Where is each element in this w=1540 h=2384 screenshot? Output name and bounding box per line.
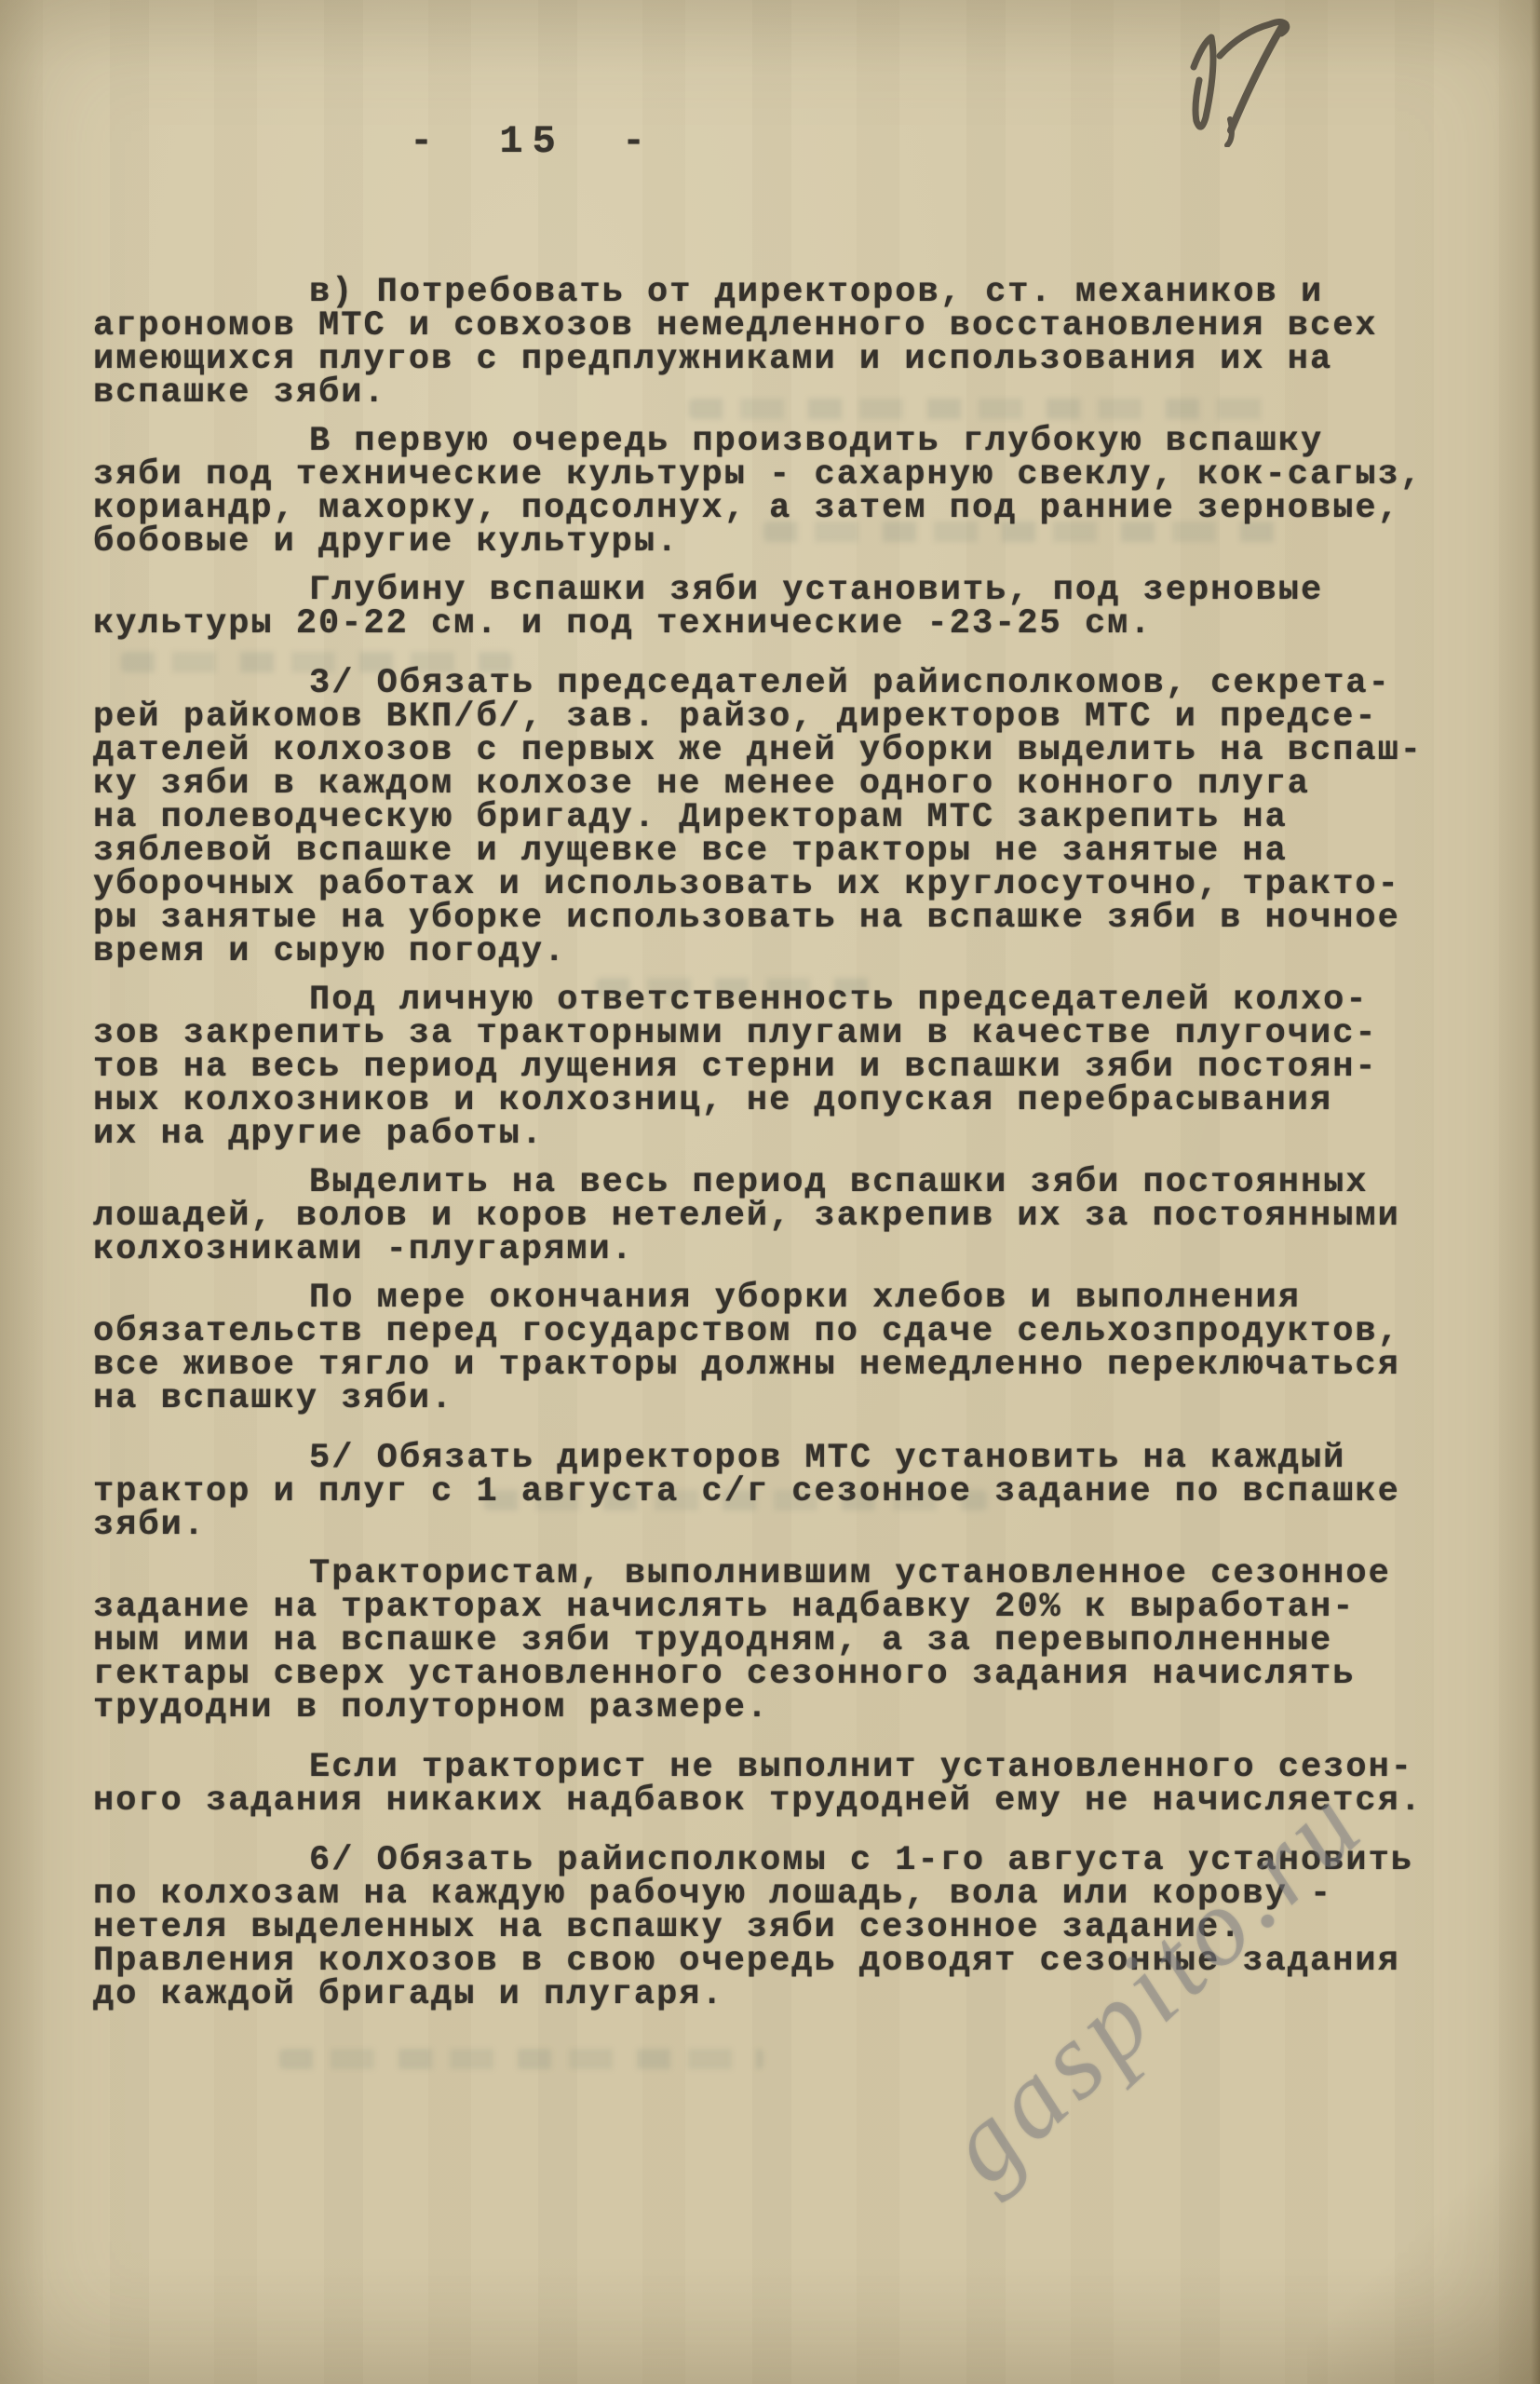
bleedthrough-artifact (279, 2049, 763, 2069)
text-line: вспашке зяби. (93, 376, 1493, 410)
text-line: рей райкомов ВКП/б/, зав. райзо, директо… (93, 700, 1493, 734)
text-line: трактор и плуг с 1 августа с/г сезонное … (93, 1475, 1493, 1509)
text-line: на полеводческую бригаду. Директорам МТС… (93, 801, 1493, 834)
text-line: зяби. (93, 1509, 1493, 1542)
text-line: ку зяби в каждом колхозе не менее одного… (93, 767, 1493, 801)
text-line: задание на тракторах начислять надбавку … (93, 1591, 1493, 1624)
text-line: Выделить на весь период вспашки зяби пос… (93, 1166, 1493, 1199)
paragraph: В первую очередь производить глубокую вс… (93, 425, 1493, 559)
text-line: Под личную ответственность председателей… (93, 983, 1493, 1017)
text-line: время и сырую погоду. (93, 935, 1493, 968)
text-line: ры занятые на уборке использовать на всп… (93, 901, 1493, 935)
text-line: дателей колхозов с первых же дней уборки… (93, 734, 1493, 767)
text-line: все живое тягло и тракторы должны немедл… (93, 1348, 1493, 1382)
page-number: - 15 - (410, 119, 655, 164)
paragraph: Глубину вспашки зяби установить, под зер… (93, 574, 1493, 641)
paragraph: Трактористам, выполнившим установленное … (93, 1557, 1493, 1725)
text-line: ным ими на вспашке зяби трудодням, а за … (93, 1624, 1493, 1658)
text-line: в) Потребовать от директоров, ст. механи… (93, 276, 1493, 309)
text-line: Глубину вспашки зяби установить, под зер… (93, 574, 1493, 607)
page-corner-shadow (1307, 2114, 1540, 2384)
text-line: до каждой бригады и плугаря. (93, 1978, 1493, 2011)
paragraph: Под личную ответственность председателей… (93, 983, 1493, 1151)
text-line: Трактористам, выполнившим установленное … (93, 1557, 1493, 1591)
text-line: По мере окончания уборки хлебов и выполн… (93, 1281, 1493, 1315)
text-line: колхозниками -плугарями. (93, 1233, 1493, 1266)
paragraph: Выделить на весь период вспашки зяби пос… (93, 1166, 1493, 1266)
text-line: зяби под технические культуры - сахарную… (93, 458, 1493, 492)
text-line: обязательств перед государством по сдаче… (93, 1315, 1493, 1348)
text-line: зяблевой вспашке и лущевке все тракторы … (93, 834, 1493, 868)
text-line: имеющихся плугов с предплужниками и испо… (93, 343, 1493, 376)
text-line: гектары сверх установленного сезонного з… (93, 1658, 1493, 1691)
text-line: тов на весь период лущения стерни и вспа… (93, 1050, 1493, 1084)
text-line: кориандр, махорку, подсолнух, а затем по… (93, 492, 1493, 525)
paragraph: По мере окончания уборки хлебов и выполн… (93, 1281, 1493, 1415)
text-line: бобовые и другие культуры. (93, 525, 1493, 559)
text-line: культуры 20-22 см. и под технические -23… (93, 607, 1493, 641)
handwritten-page-mark (1162, 7, 1339, 147)
paragraph: 3/ Обязать председателей райисполкомов, … (93, 667, 1493, 968)
text-line: уборочных работах и использовать их круг… (93, 868, 1493, 901)
text-line: лошадей, волов и коров нетелей, закрепив… (93, 1199, 1493, 1233)
paragraph: 5/ Обязать директоров МТС установить на … (93, 1442, 1493, 1542)
paragraph: в) Потребовать от директоров, ст. механи… (93, 276, 1493, 410)
text-line: 5/ Обязать директоров МТС установить на … (93, 1442, 1493, 1475)
document-page: - 15 - в) Потребовать от директоров, ст.… (0, 0, 1540, 2384)
document-body: в) Потребовать от директоров, ст. механи… (93, 276, 1493, 2026)
text-line: В первую очередь производить глубокую вс… (93, 425, 1493, 458)
text-line: зов закрепить за тракторными плугами в к… (93, 1017, 1493, 1050)
page-edge-shadow (1531, 0, 1540, 2384)
text-line: на вспашку зяби. (93, 1382, 1493, 1415)
text-line: агрономов МТС и совхозов немедленного во… (93, 309, 1493, 343)
text-line: 3/ Обязать председателей райисполкомов, … (93, 667, 1493, 700)
text-line: их на другие работы. (93, 1117, 1493, 1151)
text-line: трудодни в полуторном размере. (93, 1691, 1493, 1725)
text-line: ных колхозников и колхозниц, не допуская… (93, 1084, 1493, 1117)
